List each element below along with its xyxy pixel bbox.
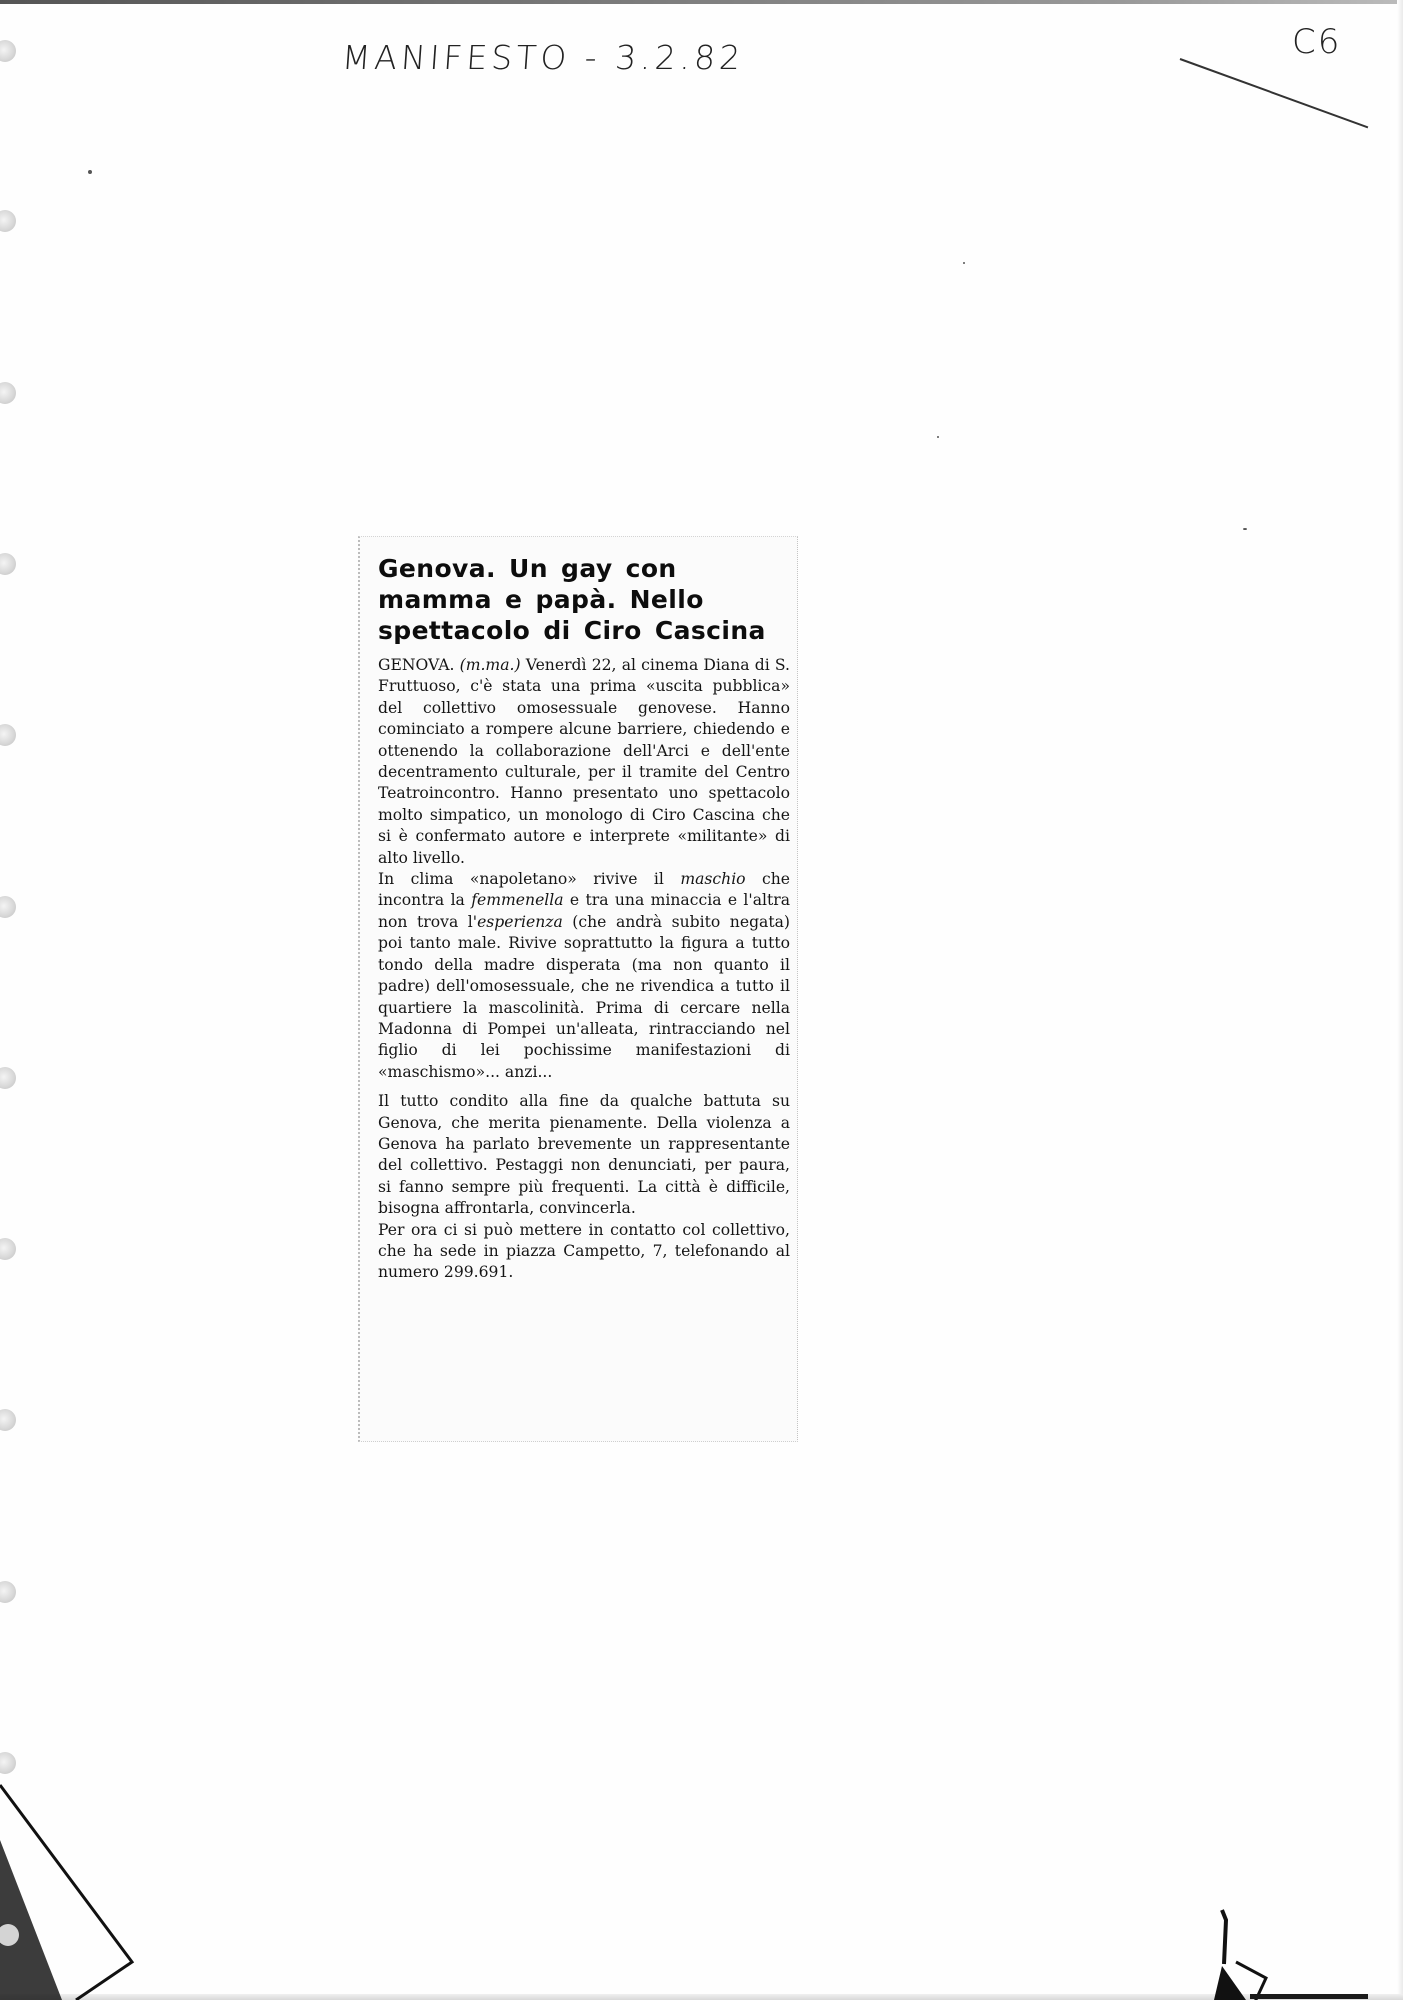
- scan-speck: [937, 436, 939, 438]
- text-segment: In clima «napoletano» rivive il: [378, 870, 680, 888]
- article-paragraph: Il tutto condito alla fine da qualche ba…: [378, 1091, 790, 1219]
- article-paragraph: In clima «napoletano» rivive il maschio …: [378, 869, 790, 1083]
- binder-hole-icon: [0, 1409, 16, 1431]
- binder-hole-icon: [0, 1238, 16, 1260]
- scan-bottom-edge: [0, 1994, 1403, 2000]
- scan-speck: [1243, 528, 1247, 530]
- binder-hole-icon: [0, 382, 16, 404]
- scan-speck: [88, 170, 92, 174]
- binder-hole-icon: [0, 724, 16, 746]
- binder-hole-icon: [0, 40, 16, 62]
- text-segment: GENOVA.: [378, 656, 460, 674]
- text-segment: (che andrà subito negata) poi tanto male…: [378, 913, 790, 1081]
- binder-hole-icon: [0, 1581, 16, 1603]
- italic-text: femmenella: [471, 891, 563, 909]
- scanned-page: MANIFESTO - 3.2.82 C6 Genova. Un gay con…: [0, 0, 1403, 2000]
- binder-hole-icon: [0, 896, 16, 918]
- handwritten-source-date: MANIFESTO - 3.2.82: [341, 38, 746, 77]
- text-segment: Venerdì 22, al cinema Diana di S. Fruttu…: [378, 656, 790, 867]
- article-paragraph: GENOVA. (m.ma.) Venerdì 22, al cinema Di…: [378, 655, 790, 869]
- scan-speck: [963, 262, 965, 264]
- binder-hole-icon: [0, 210, 16, 232]
- binder-hole-icon: [0, 1752, 16, 1774]
- text-segment: Il tutto condito alla fine da qualche ba…: [378, 1092, 790, 1217]
- scan-right-shadow: [1397, 0, 1403, 2000]
- handwritten-stroke: [1180, 58, 1369, 128]
- handwritten-archive-code: C6: [1292, 22, 1341, 62]
- article-headline: Genova. Un gay con mamma e papà. Nello s…: [378, 553, 788, 646]
- folded-corner-mark-icon: [1210, 1880, 1390, 2000]
- binder-hole-icon: [0, 553, 16, 575]
- binder-hole-icon: [0, 1067, 16, 1089]
- scan-top-edge: [0, 0, 1403, 4]
- folded-corner-icon: [0, 1780, 140, 2000]
- italic-text: esperienza: [477, 913, 563, 931]
- italic-text: (m.ma.): [460, 656, 521, 674]
- italic-text: maschio: [680, 870, 745, 888]
- text-segment: Per ora ci si può mettere in contatto co…: [378, 1221, 790, 1282]
- article-body: GENOVA. (m.ma.) Venerdì 22, al cinema Di…: [378, 655, 790, 1284]
- article-paragraph: Per ora ci si può mettere in contatto co…: [378, 1220, 790, 1284]
- newspaper-clipping: Genova. Un gay con mamma e papà. Nello s…: [358, 536, 798, 1442]
